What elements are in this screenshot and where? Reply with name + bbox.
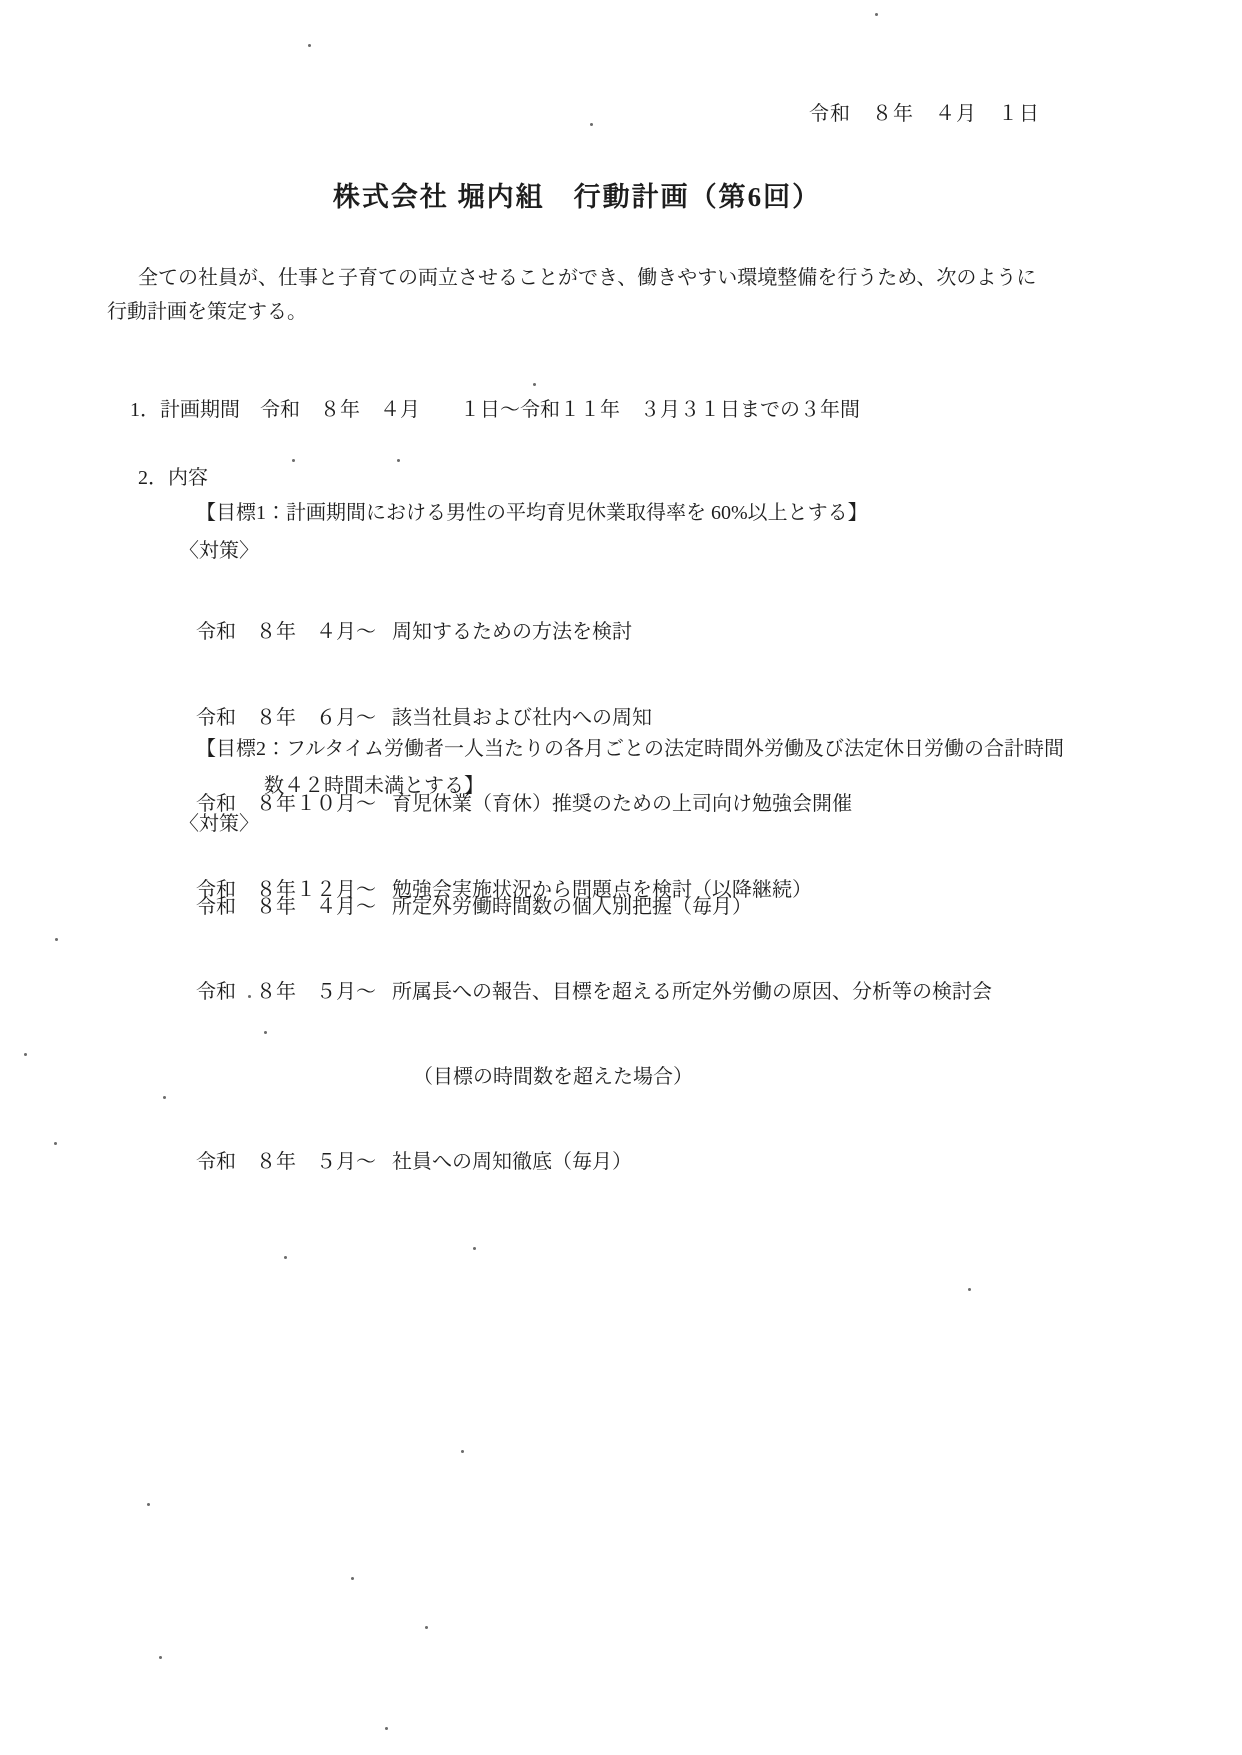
measure-note-row: （目標の時間数を超えた場合） bbox=[196, 1065, 992, 1089]
intro-paragraph-line-2: 行動計画を策定する。 bbox=[107, 300, 307, 324]
measure-date-empty bbox=[196, 1065, 392, 1089]
document-title: 株式会社 堀内組 行動計画（第6回） bbox=[0, 180, 1154, 214]
scanned-document-page: 令和 ８年 ４月 １日 株式会社 堀内組 行動計画（第6回） 全ての社員が、仕事… bbox=[0, 0, 1242, 1755]
scan-artifact-dot bbox=[147, 1503, 150, 1506]
goal-2-title-line-1: 【目標2：フルタイム労働者一人当たりの各月ごとの法定時間外労働及び法定休日労働の… bbox=[196, 737, 1064, 761]
measure-row: 令和 ８年 ４月～ 所定外労働時間数の個人別把握（毎月） bbox=[196, 895, 992, 919]
measure-date: 令和 ８年 ４月～ bbox=[196, 620, 392, 644]
scan-artifact-dot bbox=[24, 1053, 27, 1056]
scan-artifact-dot bbox=[875, 13, 878, 16]
scan-artifact-dot bbox=[54, 1142, 57, 1145]
scan-artifact-dot bbox=[461, 1450, 464, 1453]
section-2-heading: 2．内容 bbox=[138, 466, 208, 490]
scan-artifact-dot bbox=[248, 995, 251, 998]
scan-artifact-dot bbox=[425, 1626, 428, 1629]
measure-text: 周知するための方法を検討 bbox=[392, 620, 632, 644]
scan-artifact-dot bbox=[55, 938, 58, 941]
scan-artifact-dot bbox=[163, 1096, 166, 1099]
intro-paragraph-line-1: 全ての社員が、仕事と子育ての両立させることができ、働きやすい環境整備を行うため、… bbox=[138, 266, 1036, 290]
goal-1-measures-label: 〈対策〉 bbox=[179, 539, 259, 563]
scan-artifact-dot bbox=[292, 459, 295, 462]
measure-text: 所属長への報告、目標を超える所定外労働の原因、分析等の検討会 bbox=[392, 980, 992, 1004]
goal-2-title-line-2: 数４２時間未満とする】 bbox=[264, 774, 484, 798]
measure-date: 令和 ８年 ４月～ bbox=[196, 895, 392, 919]
measure-text: 該当社員および社内への周知 bbox=[392, 706, 652, 730]
measure-row: 令和 ８年 ４月～ 周知するための方法を検討 bbox=[196, 620, 852, 644]
document-date: 令和 ８年 ４月 １日 bbox=[809, 102, 1040, 126]
scan-artifact-dot bbox=[397, 459, 400, 462]
goal-2-measures-label: 〈対策〉 bbox=[179, 812, 259, 836]
scan-artifact-dot bbox=[968, 1288, 971, 1291]
goal-2-measures-list: 令和 ８年 ４月～ 所定外労働時間数の個人別把握（毎月） 令和 ８年 ５月～ 所… bbox=[196, 847, 992, 1235]
scan-artifact-dot bbox=[264, 1031, 267, 1034]
measure-text: 社員への周知徹底（毎月） bbox=[392, 1150, 632, 1174]
measure-note-text: （目標の時間数を超えた場合） bbox=[392, 1065, 693, 1089]
measure-text: 所定外労働時間数の個人別把握（毎月） bbox=[392, 895, 752, 919]
scan-artifact-dot bbox=[284, 1256, 287, 1259]
measure-row: 令和 ８年 ５月～ 社員への周知徹底（毎月） bbox=[196, 1150, 992, 1174]
section-1-plan-period: 1．計画期間 令和 ８年 ４月 １日～令和１１年 ３月３１日までの３年間 bbox=[130, 398, 860, 422]
scan-artifact-dot bbox=[590, 123, 593, 126]
scan-artifact-dot bbox=[385, 1727, 388, 1730]
scan-artifact-dot bbox=[159, 1656, 162, 1659]
measure-row: 令和 ８年 ５月～ 所属長への報告、目標を超える所定外労働の原因、分析等の検討会 bbox=[196, 980, 992, 1004]
scan-artifact-dot bbox=[351, 1577, 354, 1580]
scan-artifact-dot bbox=[308, 44, 311, 47]
measure-date: 令和 ８年 ５月～ bbox=[196, 1150, 392, 1174]
measure-row: 令和 ８年 ６月～ 該当社員および社内への周知 bbox=[196, 706, 852, 730]
measure-date: 令和 ８年 ５月～ bbox=[196, 980, 392, 1004]
scan-artifact-dot bbox=[473, 1247, 476, 1250]
measure-date: 令和 ８年 ６月～ bbox=[196, 706, 392, 730]
goal-1-title: 【目標1：計画期間における男性の平均育児休業取得率を 60%以上とする】 bbox=[196, 501, 868, 525]
scan-artifact-dot bbox=[533, 383, 536, 386]
